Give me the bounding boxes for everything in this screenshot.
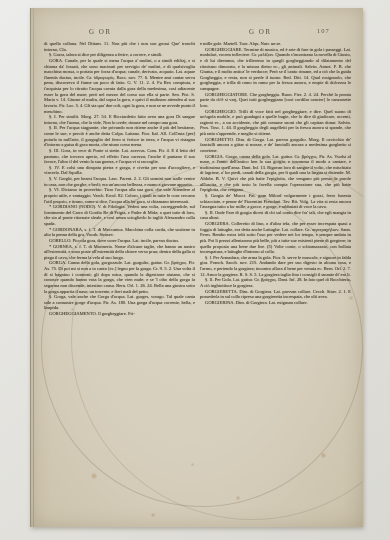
entry-gora-4: §. IV. E colsi una dirupata pietra e gor… xyxy=(44,165,195,176)
foxing-spot xyxy=(321,453,326,458)
foxing-spot xyxy=(236,496,240,500)
entry-gorgiera: GORGIERA. Colleretto di lino, o d'altra … xyxy=(200,221,351,255)
entry-gorello: GORELLO. Piccola gora, dove corre l'acqu… xyxy=(44,238,195,244)
entry-gorgheggiatore: GORGHEGGIATORE. Che gorgheggia. Buon. Fi… xyxy=(200,92,351,109)
entry-gorgia-2: §. II. Onde Fare di gorgia dicesi di chi… xyxy=(200,210,351,221)
entry-gorga: GORGA. Canna della gola, gorgozzule. Lat… xyxy=(44,260,195,294)
entry-gorgierina: GORGIERINA. Dim. di Gorgiera. Lat. exigu… xyxy=(200,300,351,306)
page-number: 107 xyxy=(317,28,330,35)
entry-gorgia-1: §. Gorgia de' Mucci. Fat. gran Milord vo… xyxy=(200,193,351,210)
entry-gora-3: §. III. Gora, in vece di Ponte si stette… xyxy=(44,148,195,165)
entry-gorgiera-2: §. II. Per Gola. Lat. guttur. Gr. βρόγχο… xyxy=(200,277,351,288)
foxing-spot xyxy=(151,513,155,517)
foxing-spot xyxy=(91,473,97,479)
entry-gorgia: GORGIA. Gorga, canna della gola. Lat. gu… xyxy=(200,154,351,193)
running-head-right: G OR xyxy=(249,28,272,36)
entry-gora-5: §. V. Gorghi, per bearsi l'acqua. Lasc. … xyxy=(44,176,195,187)
entry-gora-1: §. I. Per similit. Morg. 27. 54. E Ricci… xyxy=(44,114,195,125)
entry-gordiano: * GORDIANO (NODO). V. di Filologia. Vede… xyxy=(44,204,195,227)
entry-gorga-1: §. Gorga, vale anche che Gorga d'acqua. … xyxy=(44,294,195,311)
entry-gorgheggiare: GORGHEGGIARE. Termine di musica, ed è ar… xyxy=(200,47,351,92)
entry-gora: GORA. Canale, per lo quale si mena l'acq… xyxy=(44,58,195,114)
entry-gorgheggio: GORGHEGGIO. Trilli di voce fatti nel gor… xyxy=(200,109,351,137)
running-head-left: G OR xyxy=(89,28,112,36)
entry-gora-6: §. VI. Diciamo in proverbio: Tirar l'acq… xyxy=(44,187,195,204)
entry-gorgieretta: GORGIERETTA. Dim. di Gorgiera. Lat. parv… xyxy=(200,289,351,300)
entry-gorgiera-1: §. I. Per Armadura, che arma la gola. Fi… xyxy=(200,255,351,278)
entry-gordonara: * GORDONARA, s. f. T. di Meccanica. Macc… xyxy=(44,227,195,238)
entry-gorghetto: GORGHETTO. Dim. di Gorga. Lat. parvus gu… xyxy=(200,137,351,154)
book-page: G OR G OR 107 di quella collana. Nel Dit… xyxy=(30,8,363,527)
entry-gora-2: §. II. Per l'acqua stagnante, che privan… xyxy=(44,125,195,148)
entry-gornea: * GORNEA, s. f. T. di Marineria. Nome d'… xyxy=(44,244,195,261)
entry-gorgheggiamento: GORGHEGGIAMENTO. Il gorgheggiare. Fri- xyxy=(44,311,195,317)
foxing-spot xyxy=(191,463,194,466)
column-right: e mille gole. Martell. Tuor. Alqu. Narr.… xyxy=(200,41,351,305)
column-left: di quella collana. Nel Dittam. 11. Non p… xyxy=(44,41,195,317)
entry-continuation: di quella collana. Nel Dittam. 11. Non p… xyxy=(44,41,195,52)
page-edge-line xyxy=(33,8,34,527)
